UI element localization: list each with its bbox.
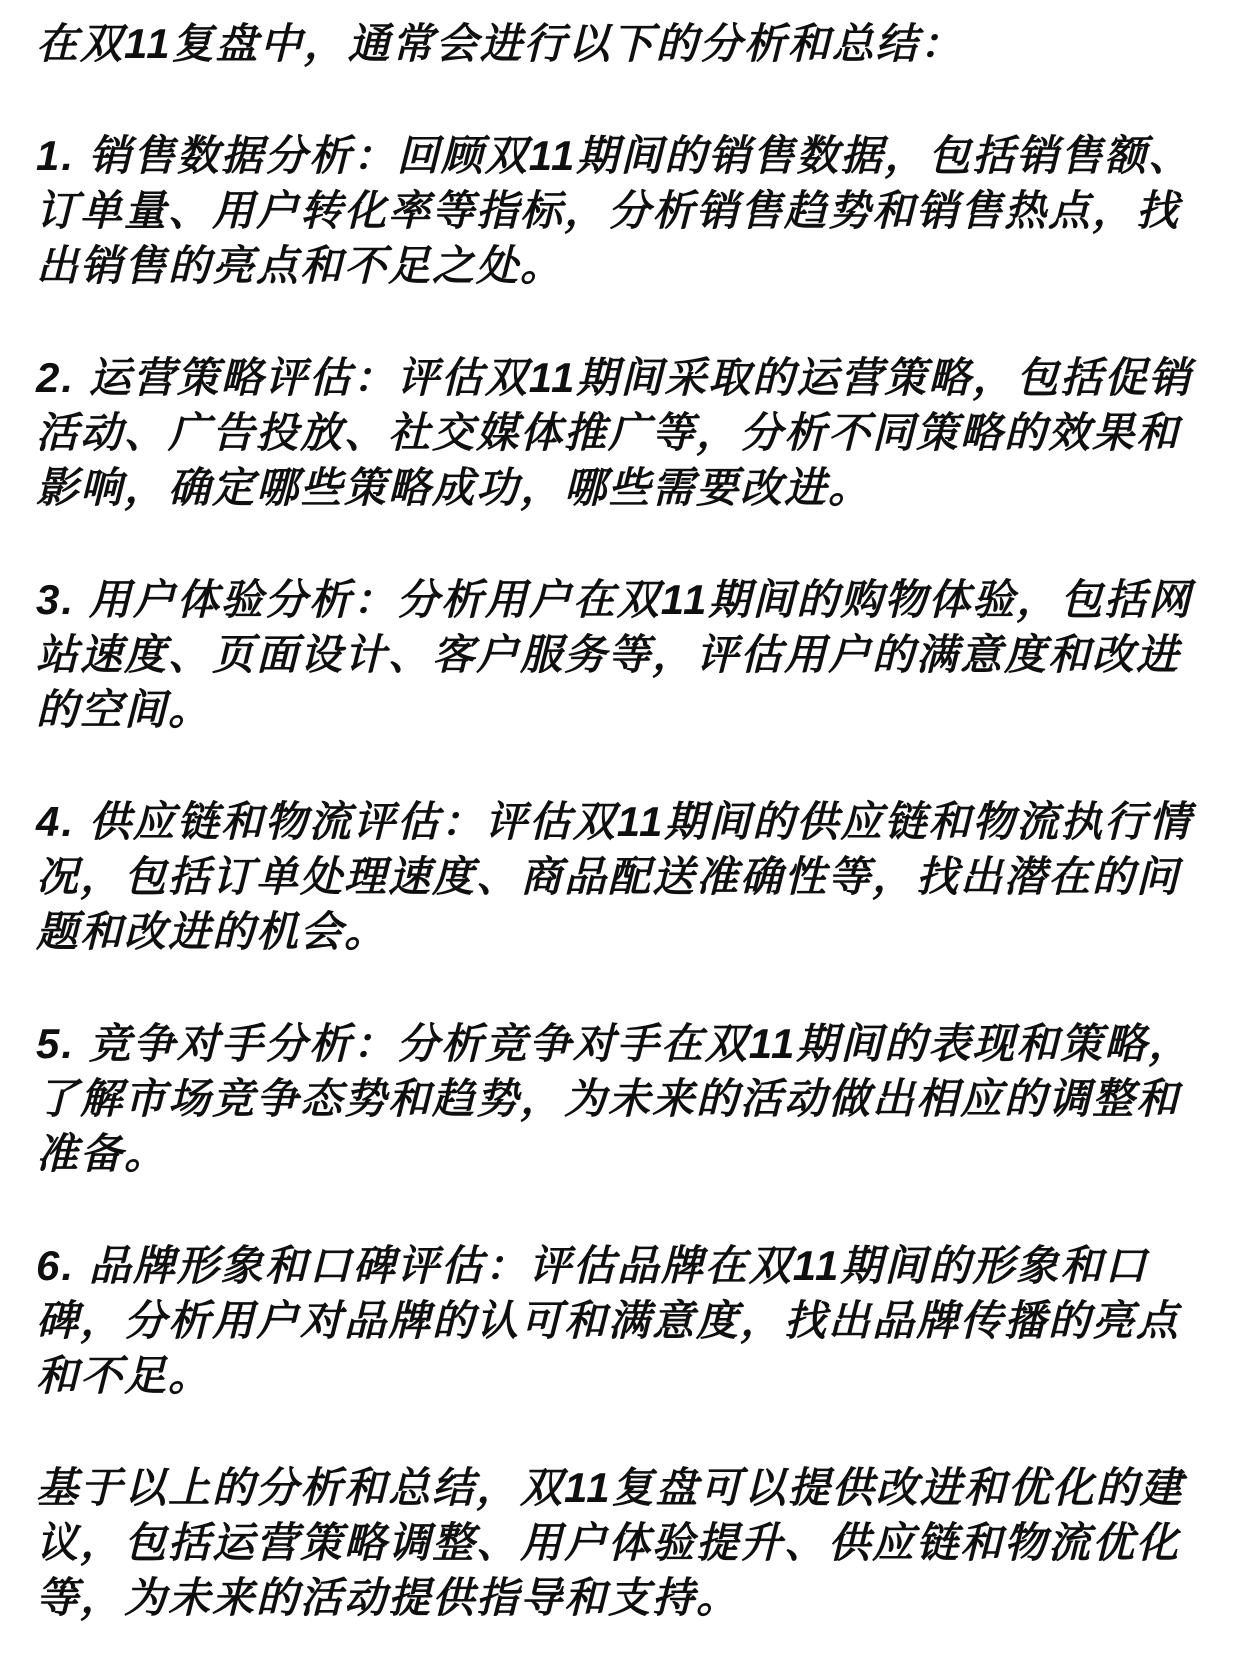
conclusion-paragraph: 基于以上的分析和总结，双11复盘可以提供改进和优化的建议，包括运营策略调整、用户… — [36, 1460, 1212, 1625]
analysis-item-brand-reputation: 6. 品牌形象和口碑评估：评估品牌在双11期间的形象和口碑，分析用户对品牌的认可… — [36, 1238, 1212, 1403]
analysis-item-operation-strategy: 2. 运营策略评估：评估双11期间采取的运营策略，包括促销活动、广告投放、社交媒… — [36, 350, 1212, 515]
analysis-item-supply-chain-logistics: 4. 供应链和物流评估：评估双11期间的供应链和物流执行情况，包括订单处理速度、… — [36, 794, 1212, 959]
document-page: 在双11复盘中，通常会进行以下的分析和总结： 1. 销售数据分析：回顾双11期间… — [0, 0, 1242, 1660]
document-title: 在双11复盘中，通常会进行以下的分析和总结： — [36, 16, 1212, 71]
analysis-item-user-experience: 3. 用户体验分析：分析用户在双11期间的购物体验，包括网站速度、页面设计、客户… — [36, 572, 1212, 737]
analysis-item-competitor: 5. 竞争对手分析：分析竞争对手在双11期间的表现和策略，了解市场竞争态势和趋势… — [36, 1016, 1212, 1181]
analysis-item-sales-data: 1. 销售数据分析：回顾双11期间的销售数据，包括销售额、订单量、用户转化率等指… — [36, 128, 1212, 293]
